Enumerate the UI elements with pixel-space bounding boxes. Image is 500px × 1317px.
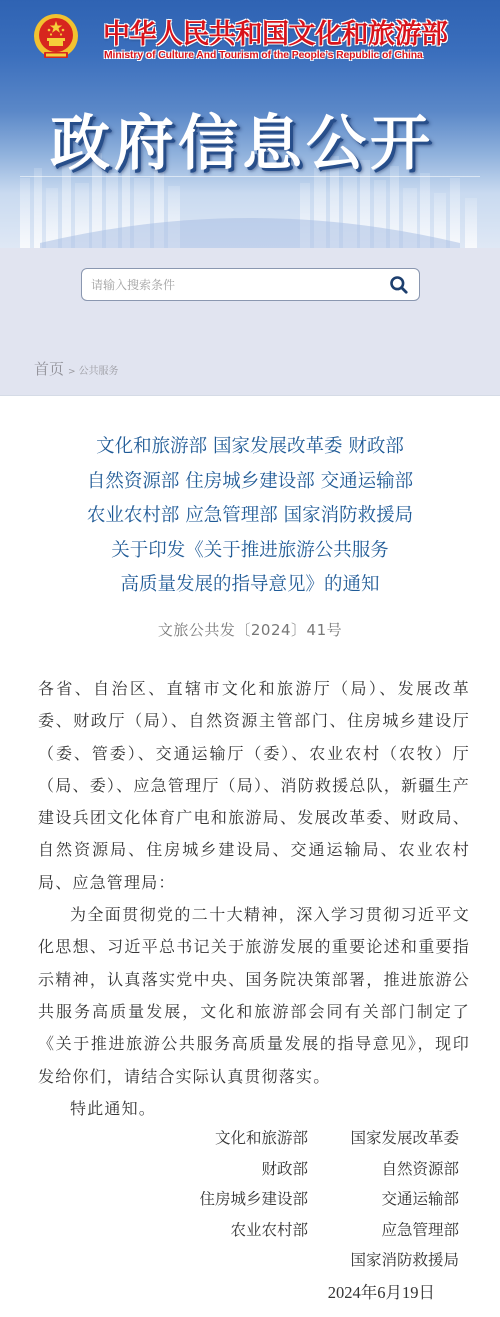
document-title-line: 文化和旅游部 国家发展改革委 财政部	[0, 430, 500, 465]
signatory: 国家发展改革委	[350, 1126, 459, 1148]
signature-row: 住房城乡建设部 交通运输部	[0, 1187, 500, 1218]
ministry-name-cn: 中华人民共和国文化和旅游部	[103, 12, 448, 51]
search-box	[81, 268, 420, 301]
ministry-name-en: Ministry of Culture And Tourism of the P…	[104, 50, 423, 61]
signatory: 交通运输部	[381, 1187, 459, 1209]
signatory: 自然资源部	[381, 1157, 459, 1179]
signature-row: 国家消防救援局	[0, 1248, 500, 1279]
signature-row: 财政部 自然资源部	[0, 1157, 500, 1188]
document-body: 各省、自治区、直辖市文化和旅游厅（局）、发展改革委、财政厅（局）、自然资源主管部…	[38, 673, 470, 1125]
document-title: 文化和旅游部 国家发展改革委 财政部 自然资源部 住房城乡建设部 交通运输部 农…	[0, 430, 500, 603]
national-emblem-icon	[30, 12, 82, 64]
signatory: 农业农村部	[230, 1218, 308, 1240]
search-input[interactable]	[82, 269, 379, 300]
addressees-paragraph: 各省、自治区、直辖市文化和旅游厅（局）、发展改革委、财政厅（局）、自然资源主管部…	[38, 673, 470, 899]
signature-date-row: 2024年6月19日	[0, 1279, 500, 1310]
header-banner: 中华人民共和国文化和旅游部 Ministry of Culture And To…	[0, 0, 500, 248]
document-title-line: 高质量发展的指导意见》的通知	[0, 568, 500, 603]
search-button[interactable]	[379, 269, 419, 300]
signature-row: 农业农村部 应急管理部	[0, 1218, 500, 1249]
breadcrumb-separator: >	[68, 367, 76, 377]
breadcrumb-home-link[interactable]: 首页	[34, 358, 64, 379]
search-panel: 首页 > 公共服务	[0, 248, 500, 396]
document-title-line: 关于印发《关于推进旅游公共服务	[0, 534, 500, 569]
document-date: 2024年6月19日	[328, 1279, 435, 1303]
signatory: 应急管理部	[381, 1218, 459, 1240]
signatory: 财政部	[261, 1157, 308, 1179]
body-paragraph: 为全面贯彻党的二十大精神，深入学习贯彻习近平文化思想、习近平总书记关于旅游发展的…	[38, 899, 470, 1093]
signatory: 国家消防救援局	[350, 1248, 459, 1270]
signature-block: 文化和旅游部 国家发展改革委 财政部 自然资源部 住房城乡建设部 交通运输部 农…	[0, 1126, 500, 1309]
banner-title: 政府信息公开	[50, 96, 434, 182]
breadcrumb: 首页 > 公共服务	[34, 358, 119, 379]
document-title-line: 农业农村部 应急管理部 国家消防救援局	[0, 499, 500, 534]
document-number: 文旅公共发〔2024〕41号	[0, 619, 500, 640]
breadcrumb-current[interactable]: 公共服务	[79, 362, 119, 377]
banner-divider	[20, 176, 480, 177]
signatory: 文化和旅游部	[215, 1126, 308, 1148]
signature-row: 文化和旅游部 国家发展改革委	[0, 1126, 500, 1157]
document-title-line: 自然资源部 住房城乡建设部 交通运输部	[0, 465, 500, 500]
search-icon	[389, 275, 409, 295]
signatory: 住房城乡建设部	[199, 1187, 308, 1209]
closing-paragraph: 特此通知。	[38, 1093, 470, 1125]
